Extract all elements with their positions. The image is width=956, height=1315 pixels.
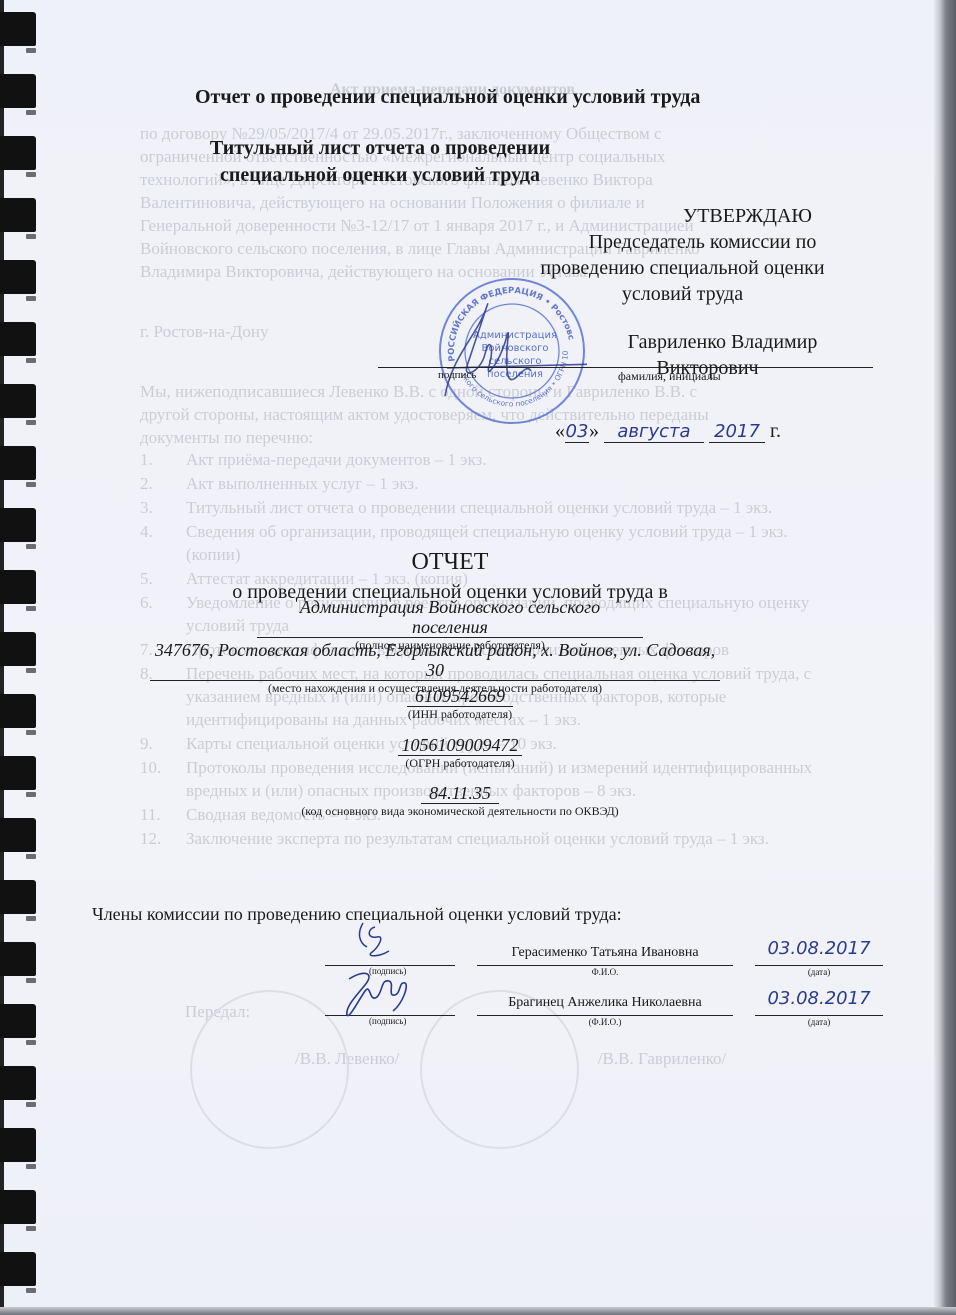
binding-ring (0, 756, 36, 790)
member-name-field: Брагинец Анжелика Николаевна (Ф.И.О.) (477, 985, 733, 1016)
approval-position: Председатель комиссии по (500, 229, 865, 255)
inn-caption: (ИНН работодателя) (330, 707, 590, 721)
bleed-list-number: 9. (140, 732, 160, 755)
signature-caption: подпись (438, 369, 476, 381)
bleed-list-text: Акт выполненных услуг – 1 экз. (186, 472, 418, 495)
member-signature: (подпись) (325, 985, 455, 1016)
ogrn-caption: (ОГРН работодателя) (330, 756, 590, 770)
employer-name: Администрация Войновского сельского посе… (257, 597, 643, 638)
bleed-list-text: Заключение эксперта по результатам специ… (186, 827, 769, 850)
bleed-list-text: Акт приёма-передачи документов – 1 экз. (186, 448, 487, 471)
bleed-list-item: 1.Акт приёма-передачи документов – 1 экз… (140, 448, 840, 471)
document-page: Акт приема-передачи документов по догово… (0, 0, 940, 1310)
binding-ring (0, 446, 36, 480)
name-caption: фамилия, инициалы (618, 369, 721, 384)
page-edge-shadow (934, 0, 956, 1315)
bleed-list-item: 2.Акт выполненных услуг – 1 экз. (140, 472, 840, 495)
binding-ring (0, 322, 36, 356)
member-date-field: 03.08.2017 (дата) (755, 985, 883, 1016)
binding-ring (0, 880, 36, 914)
binding-ring (0, 694, 36, 728)
approval-heading: УТВЕРЖДАЮ (500, 203, 865, 229)
binding-ring (0, 198, 36, 232)
handwritten-signature-icon (345, 913, 415, 965)
approval-signature-line: подпись фамилия, инициалы (378, 367, 873, 368)
approval-month: августа (604, 421, 704, 443)
quote: » (589, 420, 599, 442)
member-signature: (подпись) (325, 935, 455, 966)
report-heading-block: ОТЧЕТ о проведении специальной оценки ус… (180, 548, 720, 604)
spiral-binding (0, 0, 40, 1315)
ogrn-field: 1056109009472 (ОГРН работодателя) (330, 735, 590, 770)
quote: « (555, 420, 565, 442)
bleed-list-number: 1. (140, 448, 160, 471)
bleed-list-item: 12.Заключение эксперта по результатам сп… (140, 827, 840, 850)
member-name-caption: Ф.И.О. (477, 967, 733, 977)
member-name: Герасименко Татьяна Ивановна (477, 945, 733, 961)
bleed-list-number: 11. (140, 803, 160, 826)
member-date-caption: (дата) (755, 1017, 883, 1027)
member-date: 03.08.2017 (755, 938, 883, 959)
document-subtitle: Титульный лист отчета о проведении специ… (205, 135, 555, 189)
bleed-line: /В.В. Гавриленко/ (598, 1049, 726, 1068)
bleed-list-number: 12. (140, 827, 160, 850)
member-date: 03.08.2017 (755, 988, 883, 1009)
inn-value: 6109542669 (407, 686, 513, 707)
binding-ring (0, 632, 36, 666)
binding-ring (0, 1252, 36, 1286)
svg-text:Администрация: Администрация (473, 330, 557, 341)
commission-member-row: (подпись) Брагинец Анжелика Николаевна (… (325, 985, 885, 1025)
year-suffix: г. (770, 420, 781, 442)
approval-date: «03» августа 2017 г. (555, 420, 781, 443)
okved-value: 84.11.35 (421, 783, 499, 804)
approval-day: 03 (565, 421, 589, 443)
member-name-caption: (Ф.И.О.) (477, 1017, 733, 1027)
binding-ring (0, 1004, 36, 1038)
okved-field: 84.11.35 (код основного вида экономическ… (230, 783, 690, 818)
inn-field: 6109542669 (ИНН работодателя) (330, 686, 590, 721)
binding-ring (0, 136, 36, 170)
member-name-field: Герасименко Татьяна Ивановна Ф.И.О. (477, 935, 733, 966)
binding-ring (0, 818, 36, 852)
bleed-list-number: 5. (140, 567, 160, 590)
handwritten-signature-icon (335, 963, 425, 1023)
report-heading: ОТЧЕТ (180, 548, 720, 576)
member-date-field: 03.08.2017 (дата) (755, 935, 883, 966)
ogrn-value: 1056109009472 (398, 735, 522, 756)
binding-ring (0, 384, 36, 418)
bleed-list-number: 4. (140, 520, 160, 566)
bleed-list-item: 3.Титульный лист отчета о проведении спе… (140, 496, 840, 519)
binding-ring (0, 942, 36, 976)
binding-ring (0, 570, 36, 604)
page-edge-shadow (0, 1307, 956, 1315)
binding-ring (0, 1128, 36, 1162)
binding-ring (0, 74, 36, 108)
employer-address: 347676, Ростовская область, Егорлыкский … (150, 640, 720, 681)
bleed-list-number: 2. (140, 472, 160, 495)
binding-ring (0, 1066, 36, 1100)
okved-caption: (код основного вида экономической деятел… (230, 804, 690, 818)
binding-ring (0, 1190, 36, 1224)
binding-ring (0, 260, 36, 294)
official-stamp: РОССИЙСКАЯ ФЕДЕРАЦИЯ • Ростовская област… (437, 276, 587, 426)
binding-ring (0, 508, 36, 542)
member-name: Брагинец Анжелика Николаевна (477, 995, 733, 1011)
bleed-list-number: 6. (140, 591, 160, 637)
member-date-caption: (дата) (755, 967, 883, 977)
document-title: Отчет о проведении специальной оценки ус… (195, 86, 700, 109)
bleed-list-number: 3. (140, 496, 160, 519)
approval-year: 2017 (709, 421, 765, 443)
signature-caption: (подпись) (369, 1016, 406, 1026)
binding-ring (0, 12, 36, 46)
bleed-list-number: 10. (140, 756, 160, 802)
bleed-list-text: Титульный лист отчета о проведении специ… (186, 496, 772, 519)
